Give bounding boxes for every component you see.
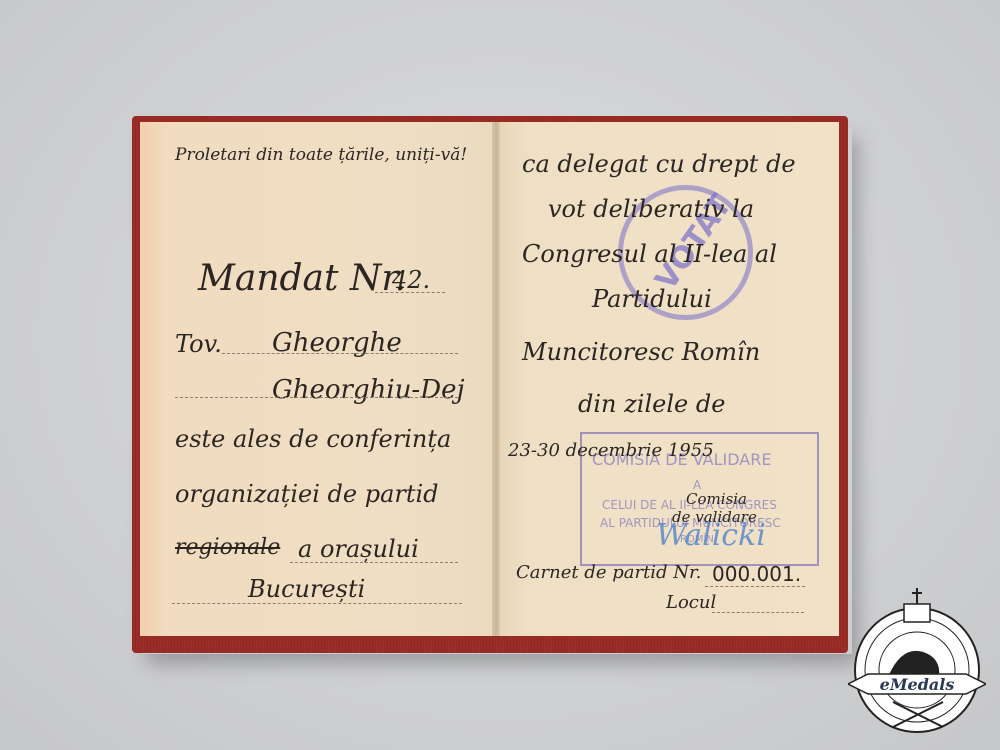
card-label: Carnet de partid Nr. bbox=[516, 562, 701, 583]
city-of-dash bbox=[290, 562, 458, 563]
city-of-line: a orașului bbox=[298, 535, 419, 563]
commission-label: Comisia bbox=[686, 490, 747, 508]
number-line bbox=[375, 292, 445, 293]
right-line-3: Congresul al II-lea al bbox=[522, 240, 777, 268]
svg-text:eMedals: eMedals bbox=[880, 675, 955, 694]
right-line-1: ca delegat cu drept de bbox=[522, 150, 796, 178]
card-number-line bbox=[705, 586, 805, 587]
booklet-gutter bbox=[492, 122, 500, 636]
city-line bbox=[172, 603, 462, 604]
right-line-2: vot deliberativ la bbox=[548, 195, 754, 223]
place-label: Locul bbox=[666, 592, 716, 613]
right-line-5: Muncitoresc Romîn bbox=[522, 338, 760, 366]
congress-dates: 23-30 decembrie 1955 bbox=[508, 440, 714, 461]
name-line-2 bbox=[175, 397, 458, 398]
name-line-1 bbox=[222, 353, 458, 354]
emedals-logo-icon: eMedals bbox=[848, 582, 986, 742]
mandate-number: 42. bbox=[392, 266, 430, 294]
signature: Walicki bbox=[656, 518, 766, 553]
place-line bbox=[712, 612, 804, 613]
tov-label: Tov. bbox=[175, 330, 222, 358]
organization-line: organizației de partid bbox=[175, 480, 439, 508]
elected-line: este ales de conferința bbox=[175, 425, 451, 453]
struck-regionale: regionale bbox=[175, 535, 280, 560]
motto: Proletari din toate țările, uniți-vă! bbox=[175, 145, 467, 165]
right-line-4: Partidului bbox=[592, 285, 712, 313]
card-number: 000.001. bbox=[712, 562, 801, 586]
right-line-6: din zilele de bbox=[578, 390, 725, 418]
last-name: Gheorghiu-Dej bbox=[272, 375, 465, 405]
city-name: București bbox=[248, 575, 365, 603]
